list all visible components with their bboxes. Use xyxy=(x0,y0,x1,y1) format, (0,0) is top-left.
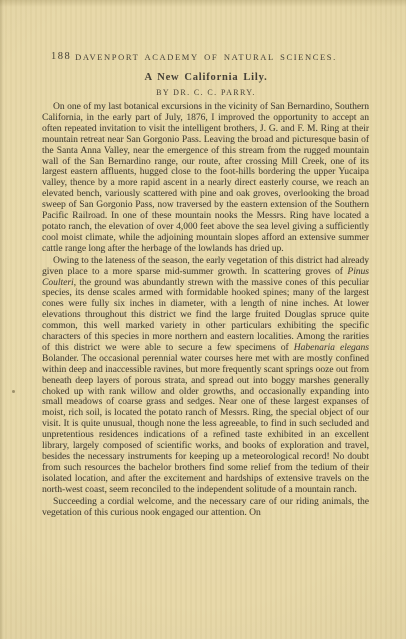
page-number: 188 xyxy=(51,51,71,62)
species-name: Habenaria elegans xyxy=(294,343,369,353)
text-segment: On one of my last botanical excursions i… xyxy=(42,102,369,254)
article-byline: BY DR. C. C. PARRY. xyxy=(42,88,370,97)
article-body: On one of my last botanical excursions i… xyxy=(42,102,369,518)
text-segment: , the ground was abundantly strewn with … xyxy=(42,278,369,353)
paragraph: Succeeding a cordial welcome, and the ne… xyxy=(42,497,369,519)
text-segment: Owing to the lateness of the season, the… xyxy=(42,256,369,277)
paragraph: Owing to the lateness of the season, the… xyxy=(42,256,369,496)
text-segment: Bolander. The occasional perennial water… xyxy=(42,354,369,495)
paper-speck xyxy=(12,390,15,393)
paragraph: On one of my last botanical excursions i… xyxy=(42,102,369,255)
page-header: 188 DAVENPORT ACADEMY OF NATURAL SCIENCE… xyxy=(42,52,370,62)
article-title: A New California Lily. xyxy=(42,72,370,83)
text-segment: Succeeding a cordial welcome, and the ne… xyxy=(42,497,369,518)
running-header: DAVENPORT ACADEMY OF NATURAL SCIENCES. xyxy=(75,52,337,62)
book-page: 188 DAVENPORT ACADEMY OF NATURAL SCIENCE… xyxy=(0,0,406,639)
